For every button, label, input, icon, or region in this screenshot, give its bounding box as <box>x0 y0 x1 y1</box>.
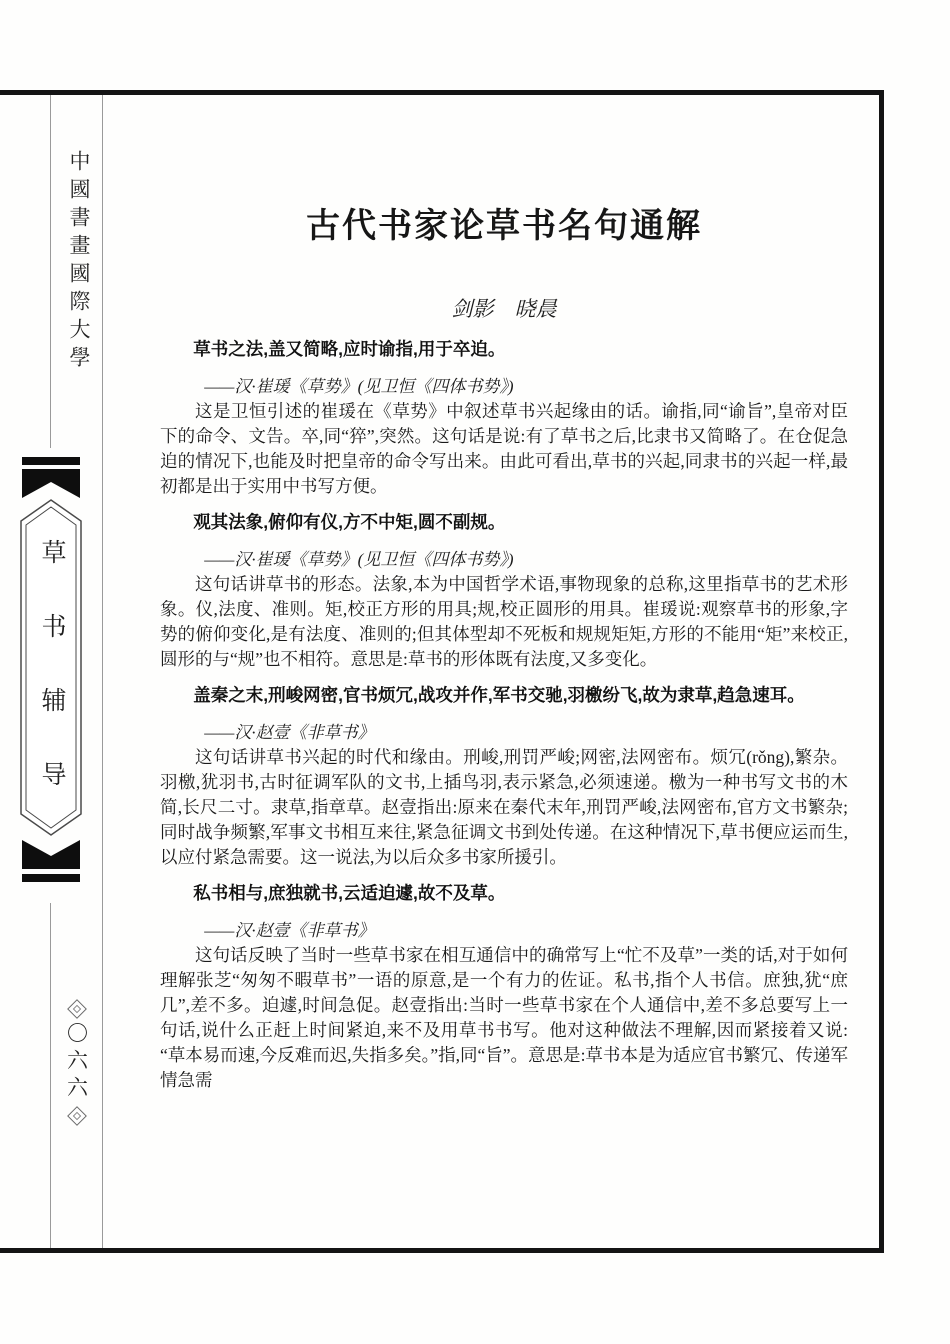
quote-explanation: 这是卫恒引述的崔瑗在《草势》中叙述草书兴起缘由的话。谕指,同“谕旨”,皇帝对臣下… <box>160 399 848 499</box>
sidebar-divider-left-upper <box>50 95 51 448</box>
quote-text: 私书相与,庶独就书,云适迫遽,故不及草。 <box>160 881 848 906</box>
page-number-text: 〇六六 <box>62 1022 92 1103</box>
quote-section: 私书相与,庶独就书,云适迫遽,故不及草。 ——汉·赵壹《非草书》 这句话反映了当… <box>160 881 848 1093</box>
banner-bottom-bar <box>22 874 80 882</box>
diamond-ornament-icon <box>67 1106 87 1126</box>
quote-section: 草书之法,盖又简略,应时谕指,用于卒迫。 ——汉·崔瑗《草势》(见卫恒《四体书势… <box>160 337 848 499</box>
banner-cartouche: 草书辅导 <box>20 499 82 836</box>
quote-attribution: ——汉·赵壹《非草书》 <box>160 918 848 943</box>
institution-name: 中國書畫國際大學 <box>64 150 94 374</box>
quote-explanation: 这句话讲草书的形态。法象,本为中国哲学术语,事物现象的总称,这里指草书的艺术形象… <box>160 572 848 672</box>
diamond-ornament-icon <box>67 999 87 1019</box>
sidebar-divider-right <box>102 95 103 1248</box>
article: 古代书家论草书名句通解 剑影 晓晨 草书之法,盖又简略,应时谕指,用于卒迫。 —… <box>160 90 848 1093</box>
quote-section: 观其法象,俯仰有仪,方不中矩,圆不副规。 ——汉·崔瑗《草势》(见卫恒《四体书势… <box>160 510 848 672</box>
book-page: 中國書畫國際大學 草书辅导 〇六六 古代书家论草书名句通解 剑影 晓晨 草书之法… <box>0 0 950 1344</box>
quote-text: 观其法象,俯仰有仪,方不中矩,圆不副规。 <box>160 510 848 535</box>
quote-attribution: ——汉·赵壹《非草书》 <box>160 720 848 745</box>
banner-top-pennant-icon <box>22 469 80 498</box>
quote-attribution: ——汉·崔瑗《草势》(见卫恒《四体书势》) <box>160 547 848 572</box>
quote-text: 盖秦之末,刑峻网密,官书烦冗,战攻并作,军书交驰,羽檄纷飞,故为隶草,趋急速耳。 <box>160 683 848 708</box>
article-authors: 剑影 晓晨 <box>160 293 848 323</box>
quote-attribution: ——汉·崔瑗《草势》(见卫恒《四体书势》) <box>160 374 848 399</box>
banner-top-bar <box>22 457 80 465</box>
diamond-ornament-inner-icon <box>72 1112 80 1120</box>
quote-explanation: 这句话反映了当时一些草书家在相互通信中的确常写上“忙不及草”一类的话,对于如何理… <box>160 943 848 1093</box>
diamond-ornament-inner-icon <box>72 1005 80 1013</box>
quote-explanation: 这句话讲草书兴起的时代和缘由。刑峻,刑罚严峻;网密,法网密布。烦冗(rǒng),… <box>160 745 848 870</box>
frame-right-rule <box>879 90 884 1253</box>
frame-bottom-rule <box>0 1248 884 1253</box>
page-number: 〇六六 <box>51 1002 102 1123</box>
quote-section: 盖秦之末,刑峻网密,官书烦冗,战攻并作,军书交驰,羽檄纷飞,故为隶草,趋急速耳。… <box>160 683 848 870</box>
article-title: 古代书家论草书名句通解 <box>160 198 848 247</box>
banner-bottom-pennant-icon <box>22 840 80 869</box>
banner-title: 草书辅导 <box>33 539 69 835</box>
quote-text: 草书之法,盖又简略,应时谕指,用于卒迫。 <box>160 337 848 362</box>
series-banner: 草书辅导 <box>20 457 82 882</box>
